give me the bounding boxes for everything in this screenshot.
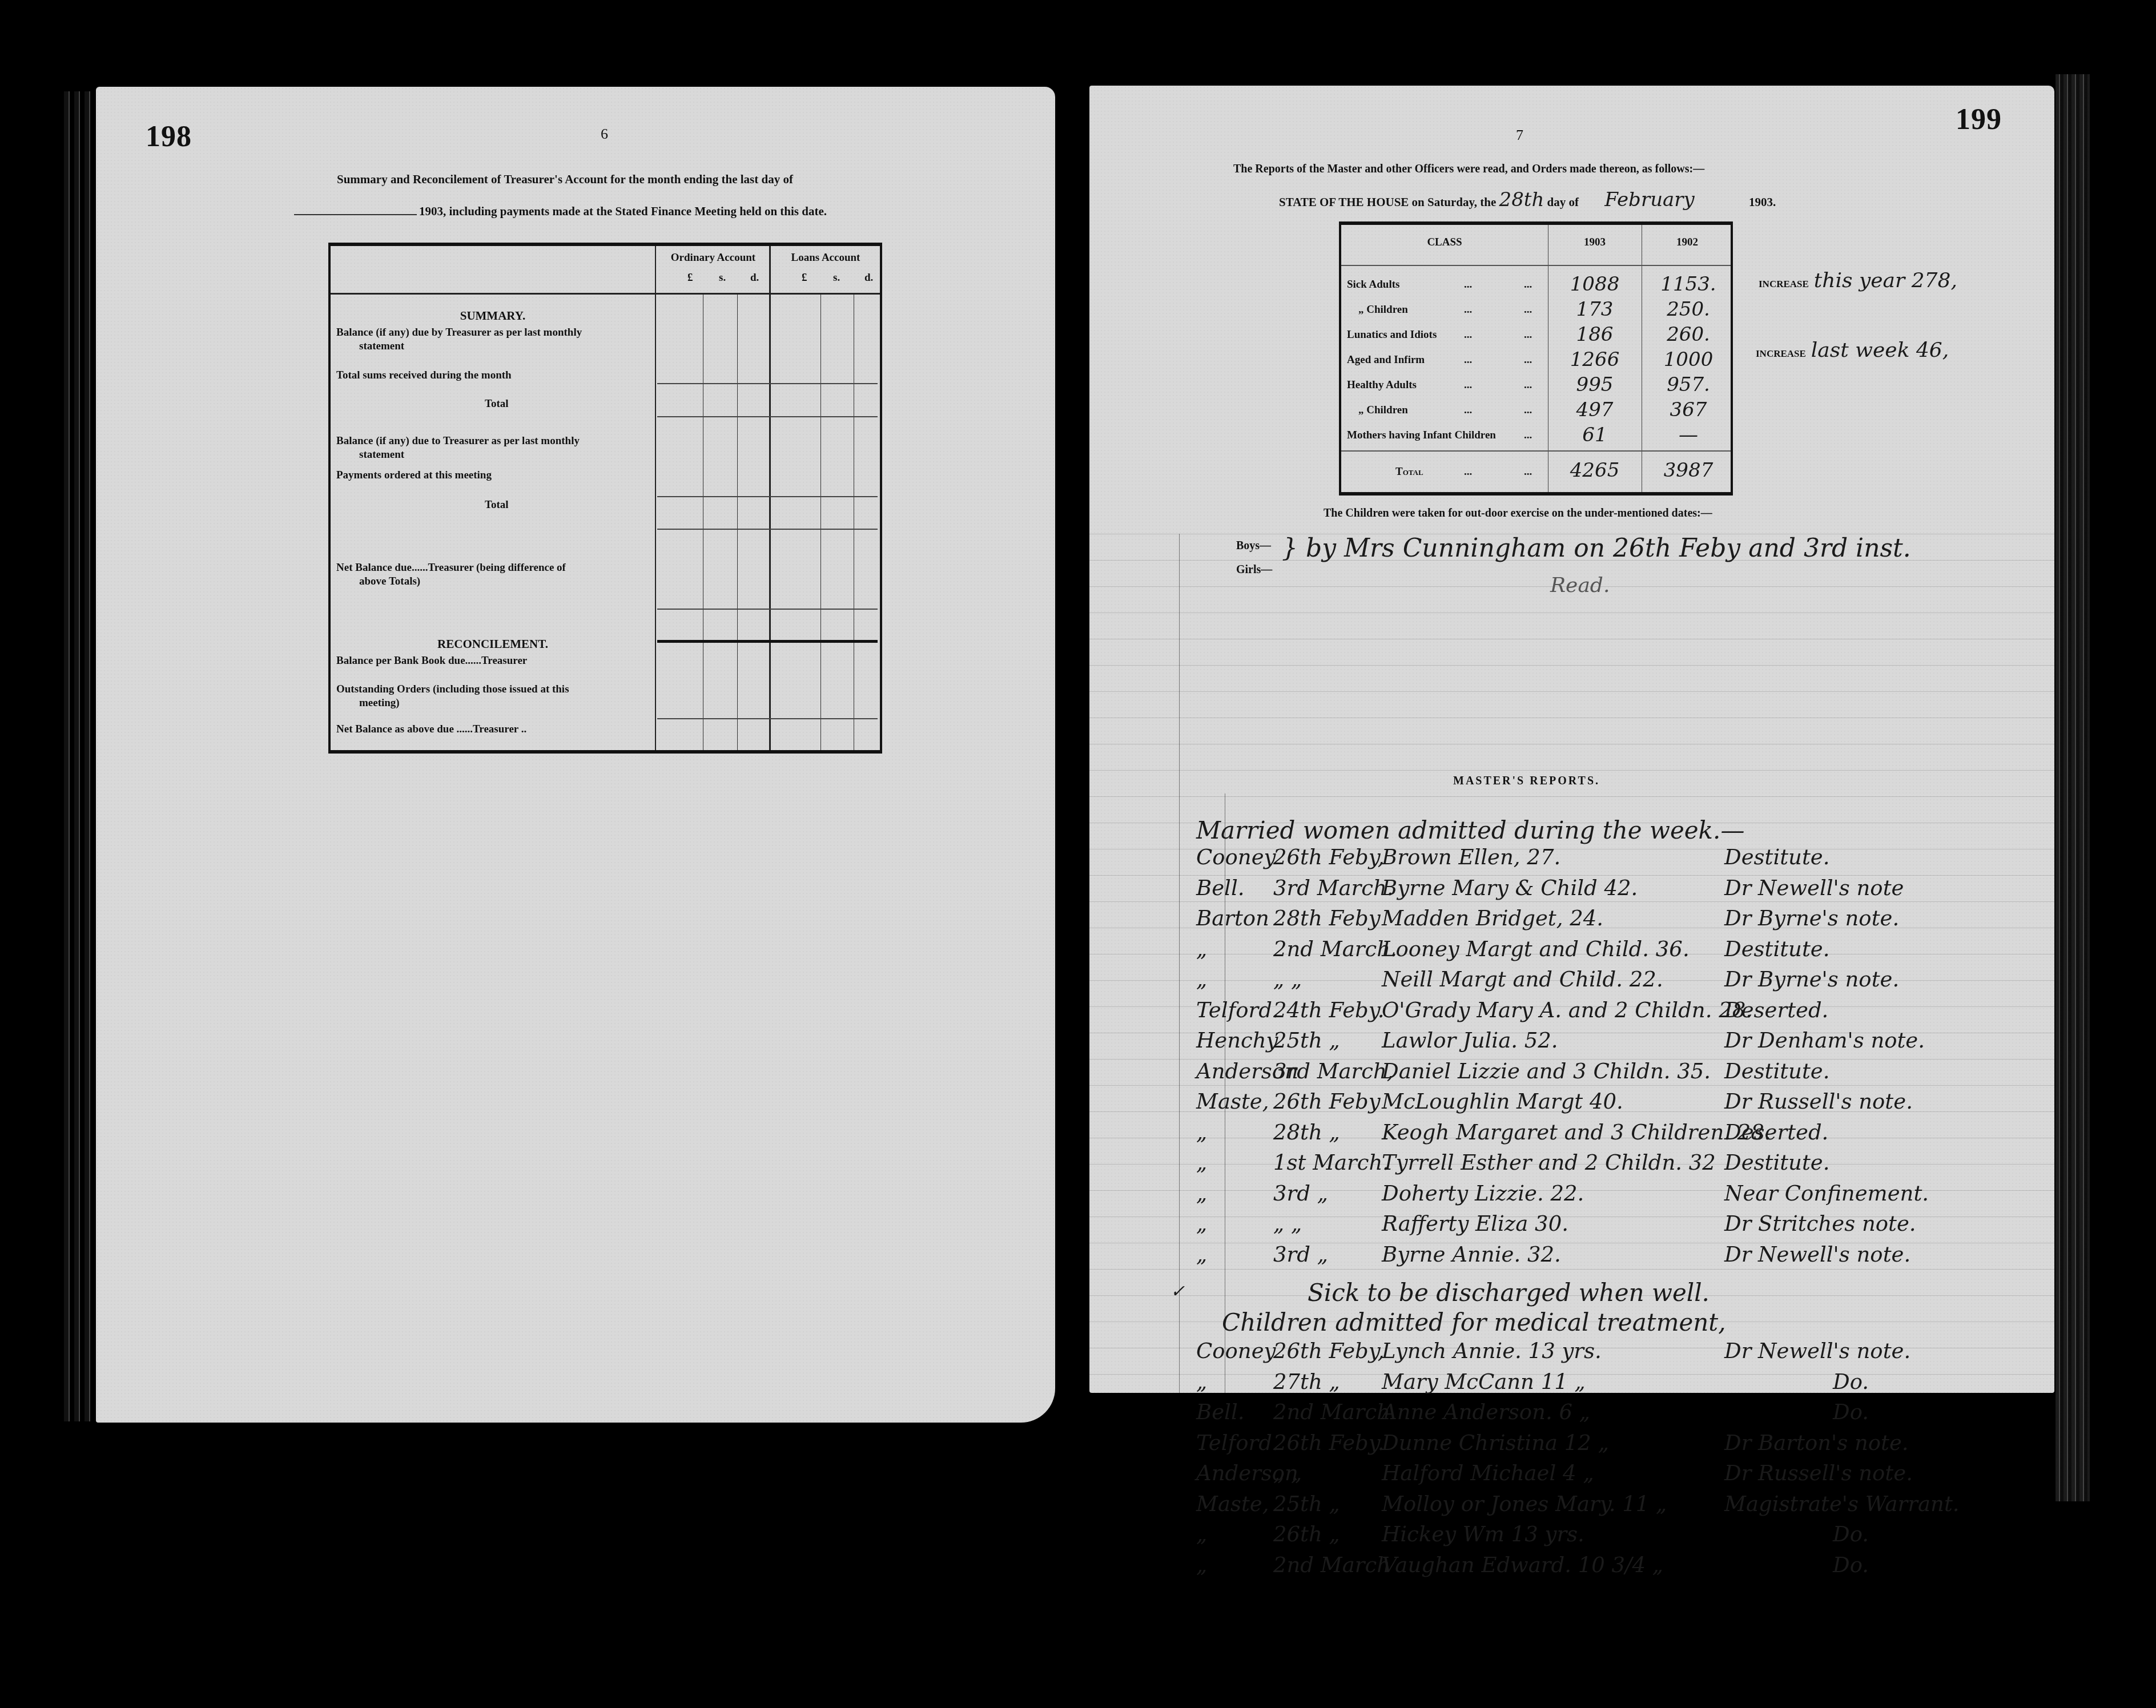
entry-name: Vaughan Edward. 10 3/4 „ (1382, 1553, 1663, 1577)
entry-name: Lawlor Julia. 52. (1382, 1028, 1558, 1053)
value-1903: 173 (1549, 298, 1640, 321)
entry-reason: Dr Newell's note. (1724, 1339, 1910, 1363)
discharge-order: Sick to be discharged when well. (1308, 1279, 1709, 1307)
entry-date: „ „ (1273, 967, 1302, 992)
entry-date: „ „ (1273, 1461, 1302, 1485)
margin-rule-outer (1179, 534, 1180, 1634)
ruled-line (1089, 744, 2054, 744)
entry-officer: „ (1196, 1120, 1207, 1145)
entry-name: Tyrrell Esther and 2 Childn. 32 (1382, 1150, 1716, 1175)
entry-date: 25th „ (1273, 1028, 1340, 1053)
header-1902: 1902 (1642, 236, 1733, 249)
row-total-received: Total sums received during the month (336, 369, 512, 382)
header-1903: 1903 (1548, 236, 1642, 249)
entry-reason: Dr Russell's note. (1724, 1089, 1913, 1114)
value-1903: 1088 (1549, 273, 1640, 296)
folio-right: 7 (1516, 127, 1523, 144)
account-divider (769, 246, 771, 750)
entry-date: 28th „ (1273, 1120, 1340, 1145)
state-table-row: Lunatics and Idiots......186260. (1341, 322, 1731, 347)
state-of-house-table: CLASS 1903 1902 Sick Adults......1088115… (1339, 221, 1733, 496)
entry-reason: Dr Newell's note. (1724, 1242, 1910, 1267)
state-table-row: „ Children......497367 (1341, 397, 1731, 422)
entry-reason: Dr Barton's note. (1724, 1431, 1909, 1455)
class-label: „ Children (1358, 404, 1408, 417)
entry-date: 26th Feby, (1273, 1339, 1385, 1363)
state-of-house-line: STATE OF THE HOUSE on Saturday, the 28th… (1279, 188, 1776, 211)
entry-reason: Do. (1833, 1553, 1869, 1577)
entry-reason: Dr Byrne's note. (1724, 967, 1899, 992)
entry-name: Halford Michael 4 „ (1382, 1461, 1594, 1485)
entry-officer: Maste, (1196, 1492, 1269, 1516)
exercise-order: Read. (1550, 574, 1610, 597)
value-1903: 1266 (1549, 348, 1640, 371)
state-table-row: „ Children......173250. (1341, 297, 1731, 322)
loans-account-header: Loans Account (771, 252, 880, 297)
entry-date: 2nd March (1273, 1400, 1390, 1424)
entry-date: 2nd March. (1273, 937, 1397, 961)
ruled-line (1089, 901, 2054, 902)
treasurer-account-table: Ordinary Account Loans Account £ s. d. £… (328, 243, 882, 754)
row-outstanding-orders: Outstanding Orders (including those issu… (336, 683, 653, 710)
entry-name: Molloy or Jones Mary. 11 „ (1382, 1492, 1667, 1516)
entry-name: Keogh Margaret and 3 Children. 28. (1382, 1120, 1771, 1145)
ruled-line (1089, 796, 2054, 797)
entry-officer: „ (1196, 937, 1207, 961)
ruled-line (1089, 639, 2054, 639)
value-1903: 995 (1549, 373, 1640, 396)
entry-officer: Telford. (1196, 998, 1279, 1022)
ruled-line (1089, 1427, 2054, 1427)
entry-name: Lynch Annie. 13 yrs. (1382, 1339, 1602, 1363)
row-balance-due-to: Balance (if any) due to Treasurer as per… (336, 434, 650, 462)
entry-reason: Destitute. (1724, 845, 1829, 869)
value-1902: 260. (1643, 323, 1734, 346)
entry-officer: „ (1196, 1369, 1207, 1394)
ruled-line (1089, 691, 2054, 692)
value-1903: 497 (1549, 398, 1640, 421)
exercise-intro: The Children were taken for out-door exe… (1324, 507, 1712, 520)
entry-date: 25th „ (1273, 1492, 1340, 1516)
entry-reason: Magistrate's Warrant. (1724, 1492, 1960, 1516)
row-net-balance: Net Balance due......Treasurer (being di… (336, 561, 653, 589)
entry-reason: Dr Byrne's note. (1724, 906, 1899, 930)
entry-officer: Henchy (1196, 1028, 1278, 1053)
state-month: February (1604, 188, 1695, 211)
reconcilement-title: RECONCILEMENT. (331, 637, 655, 651)
header-rule (331, 293, 880, 295)
header-class: CLASS (1341, 236, 1548, 249)
state-table-row: Healthy Adults......995957. (1341, 372, 1731, 397)
entry-name: Byrne Mary & Child 42. (1382, 876, 1638, 900)
entry-officer: „ (1196, 1522, 1207, 1546)
entry-date: „ „ (1273, 1211, 1302, 1236)
entry-name: Mary McCann 11 „ (1382, 1369, 1586, 1394)
page-number-left: 198 (146, 120, 192, 154)
row-bank-book: Balance per Bank Book due......Treasurer (336, 654, 527, 668)
row-total-1: Total (485, 397, 509, 411)
ruled-line (1089, 665, 2054, 666)
girls-label: Girls— (1236, 563, 1272, 577)
entry-name: Brown Ellen, 27. (1382, 845, 1560, 869)
ruled-line (1089, 718, 2054, 718)
entry-officer: „ (1196, 1150, 1207, 1175)
entry-reason: Near Confinement. (1724, 1181, 1929, 1206)
page-clip-right (1679, 1593, 1941, 1708)
entry-name: Daniel Lizzie and 3 Childn. 35. (1382, 1059, 1711, 1083)
state-day: 28th (1499, 188, 1544, 211)
state-table-row: Mothers having Infant Children......61— (1341, 422, 1731, 448)
entry-name: Byrne Annie. 32. (1382, 1242, 1561, 1267)
entry-reason: Do. (1833, 1400, 1869, 1424)
entry-reason: Destitute. (1724, 1150, 1829, 1175)
children-heading: Children admitted for medical treatment, (1222, 1308, 1726, 1336)
state-table-row: Sick Adults......10881153. (1341, 272, 1731, 297)
row-net-balance-as-above: Net Balance as above due ......Treasurer… (336, 723, 526, 736)
state-table-row: Aged and Infirm......12661000 (1341, 347, 1731, 372)
value-1903: 61 (1549, 424, 1640, 446)
entry-name: Hickey Wm 13 yrs. (1382, 1522, 1584, 1546)
entry-date: 26th Feby (1273, 1089, 1381, 1114)
entry-name: Rafferty Eliza 30. (1382, 1211, 1568, 1236)
value-1902: 957. (1643, 373, 1734, 396)
value-1902: 367 (1643, 398, 1734, 421)
increase-last-week: INCREASE last week 46, (1756, 338, 1949, 362)
increase-this-year: INCREASE this year 278, (1759, 268, 1957, 292)
entry-date: 2nd March (1273, 1553, 1390, 1577)
entry-officer: Barton (1196, 906, 1269, 930)
class-label: Aged and Infirm (1347, 354, 1425, 366)
entry-date: 26th „ (1273, 1522, 1340, 1546)
value-1902: — (1643, 424, 1734, 446)
treasurer-heading-line2: 1903, including payments made at the Sta… (294, 204, 827, 219)
book-left-page-edges (64, 91, 94, 1421)
entry-officer: Bell. (1196, 876, 1245, 900)
entry-date: 28th Feby (1273, 906, 1381, 930)
entry-officer: „ (1196, 967, 1207, 992)
entry-name: Anne Anderson. 6 „ (1382, 1400, 1590, 1424)
entry-date: 3rd March. (1273, 876, 1394, 900)
row-balance-due-by: Balance (if any) due by Treasurer as per… (336, 326, 650, 353)
entry-officer: „ (1196, 1211, 1207, 1236)
entry-date: 1st March. (1273, 1150, 1389, 1175)
entry-reason: Deserted. (1724, 998, 1828, 1022)
ordinary-shillings-header: s. (719, 272, 726, 284)
entry-officer: Cooney (1196, 1339, 1276, 1363)
entry-date: 3rd „ (1273, 1242, 1328, 1267)
value-1902: 1000 (1643, 348, 1734, 371)
entry-officer: „ (1196, 1181, 1207, 1206)
entry-officer: „ (1196, 1242, 1207, 1267)
ruled-line (1089, 613, 2054, 613)
masters-reports-title: MASTER'S REPORTS. (1453, 775, 1600, 788)
married-women-heading: Married women admitted during the week.— (1196, 816, 1744, 844)
class-label: Healthy Adults (1347, 379, 1417, 392)
treasurer-heading-line1: Summary and Reconcilement of Treasurer's… (337, 172, 793, 187)
boys-label: Boys— (1236, 539, 1271, 553)
book-right-page-edges (2056, 74, 2090, 1501)
reports-intro: The Reports of the Master and other Offi… (1233, 163, 1704, 176)
value-1903: 186 (1549, 323, 1640, 346)
page-clip-left (251, 1613, 337, 1708)
entry-officer: Bell. (1196, 1400, 1245, 1424)
entry-officer: Telford. (1196, 1431, 1279, 1455)
loans-shillings-header: s. (833, 272, 840, 284)
entry-name: Madden Bridget, 24. (1382, 906, 1603, 930)
class-label: Mothers having Infant Children (1347, 429, 1496, 442)
entry-date: 26th Feby. (1273, 1431, 1385, 1455)
loans-pence-header: d. (864, 272, 873, 284)
entry-reason: Do. (1833, 1522, 1869, 1546)
ruled-line (1089, 1085, 2054, 1086)
class-label: „ Children (1358, 304, 1408, 316)
entry-reason: Dr Newell's note (1724, 876, 1904, 900)
entry-date: 26th Feby, (1273, 845, 1385, 869)
value-1902: 1153. (1643, 273, 1734, 296)
entry-reason: Deserted. (1724, 1120, 1828, 1145)
entry-reason: Destitute. (1724, 937, 1829, 961)
entry-officer: Maste, (1196, 1089, 1269, 1114)
entry-reason: Do. (1833, 1369, 1869, 1394)
ruled-line (1089, 1269, 2054, 1270)
entry-name: Doherty Lizzie. 22. (1382, 1181, 1584, 1206)
state-total-row: Total ... ... 4265 3987 (1341, 459, 1731, 484)
entry-name: Dunne Christina 12 „ (1382, 1431, 1609, 1455)
class-label: Lunatics and Idiots (1347, 329, 1437, 341)
ruled-line (1089, 770, 2054, 771)
entry-date: 3rd „ (1273, 1181, 1328, 1206)
loans-pounds-header: £ (802, 272, 807, 284)
entry-reason: Dr Denham's note. (1724, 1028, 1925, 1053)
entry-officer: Cooney (1196, 845, 1276, 869)
ordinary-pence-header: d. (750, 272, 759, 284)
page-number-right: 199 (1956, 103, 2002, 136)
entry-reason: Dr Russell's note. (1724, 1461, 1913, 1485)
row-payments-ordered: Payments ordered at this meeting (336, 469, 492, 482)
entry-date: 3rd March, (1273, 1059, 1394, 1083)
ordinary-pounds-header: £ (687, 272, 693, 284)
entry-reason: Dr Stritches note. (1724, 1211, 1916, 1236)
class-label: Sick Adults (1347, 279, 1399, 291)
tick-mark: ✓ (1170, 1282, 1185, 1302)
ruled-line (1089, 1584, 2054, 1585)
entry-name: O'Grady Mary A. and 2 Childn. 28. (1382, 998, 1752, 1022)
entry-reason: Destitute. (1724, 1059, 1829, 1083)
value-1902: 250. (1643, 298, 1734, 321)
entry-name: Looney Margt and Child. 36. (1382, 937, 1690, 961)
entry-date: 24th Feby. (1273, 998, 1385, 1022)
entry-name: Neill Margt and Child. 22. (1382, 967, 1663, 992)
row-total-2: Total (485, 498, 509, 512)
exercise-entry: } by Mrs Cunningham on 26th Feby and 3rd… (1282, 534, 1911, 563)
entry-date: 27th „ (1273, 1369, 1340, 1394)
folio-left: 6 (601, 126, 608, 143)
entry-name: McLoughlin Margt 40. (1382, 1089, 1623, 1114)
entry-officer: „ (1196, 1553, 1207, 1577)
summary-title: SUMMARY. (331, 309, 655, 323)
